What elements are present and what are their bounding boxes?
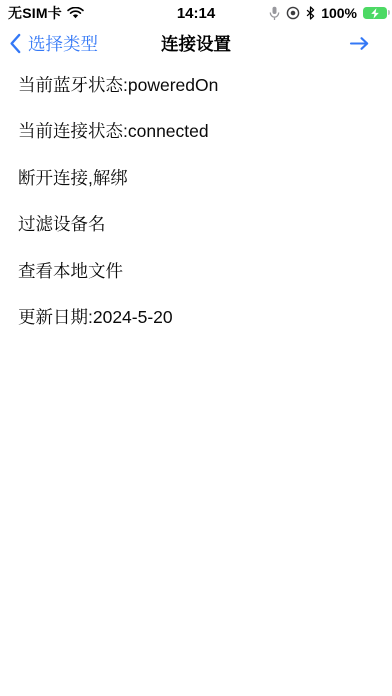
battery-charging-icon (363, 7, 387, 20)
mic-icon (269, 6, 280, 21)
clock: 14:14 (177, 0, 215, 26)
status-right-group: 100% (269, 0, 387, 26)
filter-device-name-button[interactable]: 过滤设备名 (0, 201, 392, 248)
view-local-files-button[interactable]: 查看本地文件 (0, 247, 392, 294)
battery-percent-label: 100% (321, 5, 357, 21)
page-title: 连接设置 (161, 26, 231, 60)
status-bar: 无SIM卡 14:14 (0, 0, 392, 26)
nav-bar: 选择类型 连接设置 (0, 26, 392, 60)
connection-state-label: 当前连接状态:connected (0, 108, 392, 155)
forward-button[interactable] (349, 26, 370, 60)
update-date-label: 更新日期:2024-5-20 (0, 294, 392, 341)
carrier-label: 无SIM卡 (8, 3, 62, 23)
wifi-icon (67, 7, 84, 19)
back-button-label: 选择类型 (28, 31, 98, 56)
record-circle-icon (286, 6, 300, 20)
bluetooth-icon (306, 6, 315, 20)
back-button[interactable]: 选择类型 (9, 26, 98, 60)
status-left-group: 无SIM卡 (8, 0, 84, 26)
bluetooth-state-label: 当前蓝牙状态:poweredOn (0, 61, 392, 108)
arrow-right-icon (349, 36, 370, 51)
settings-list: 当前蓝牙状态:poweredOn 当前连接状态:connected 断开连接,解… (0, 61, 392, 340)
chevron-left-icon (9, 33, 21, 54)
disconnect-unbind-button[interactable]: 断开连接,解绑 (0, 154, 392, 201)
